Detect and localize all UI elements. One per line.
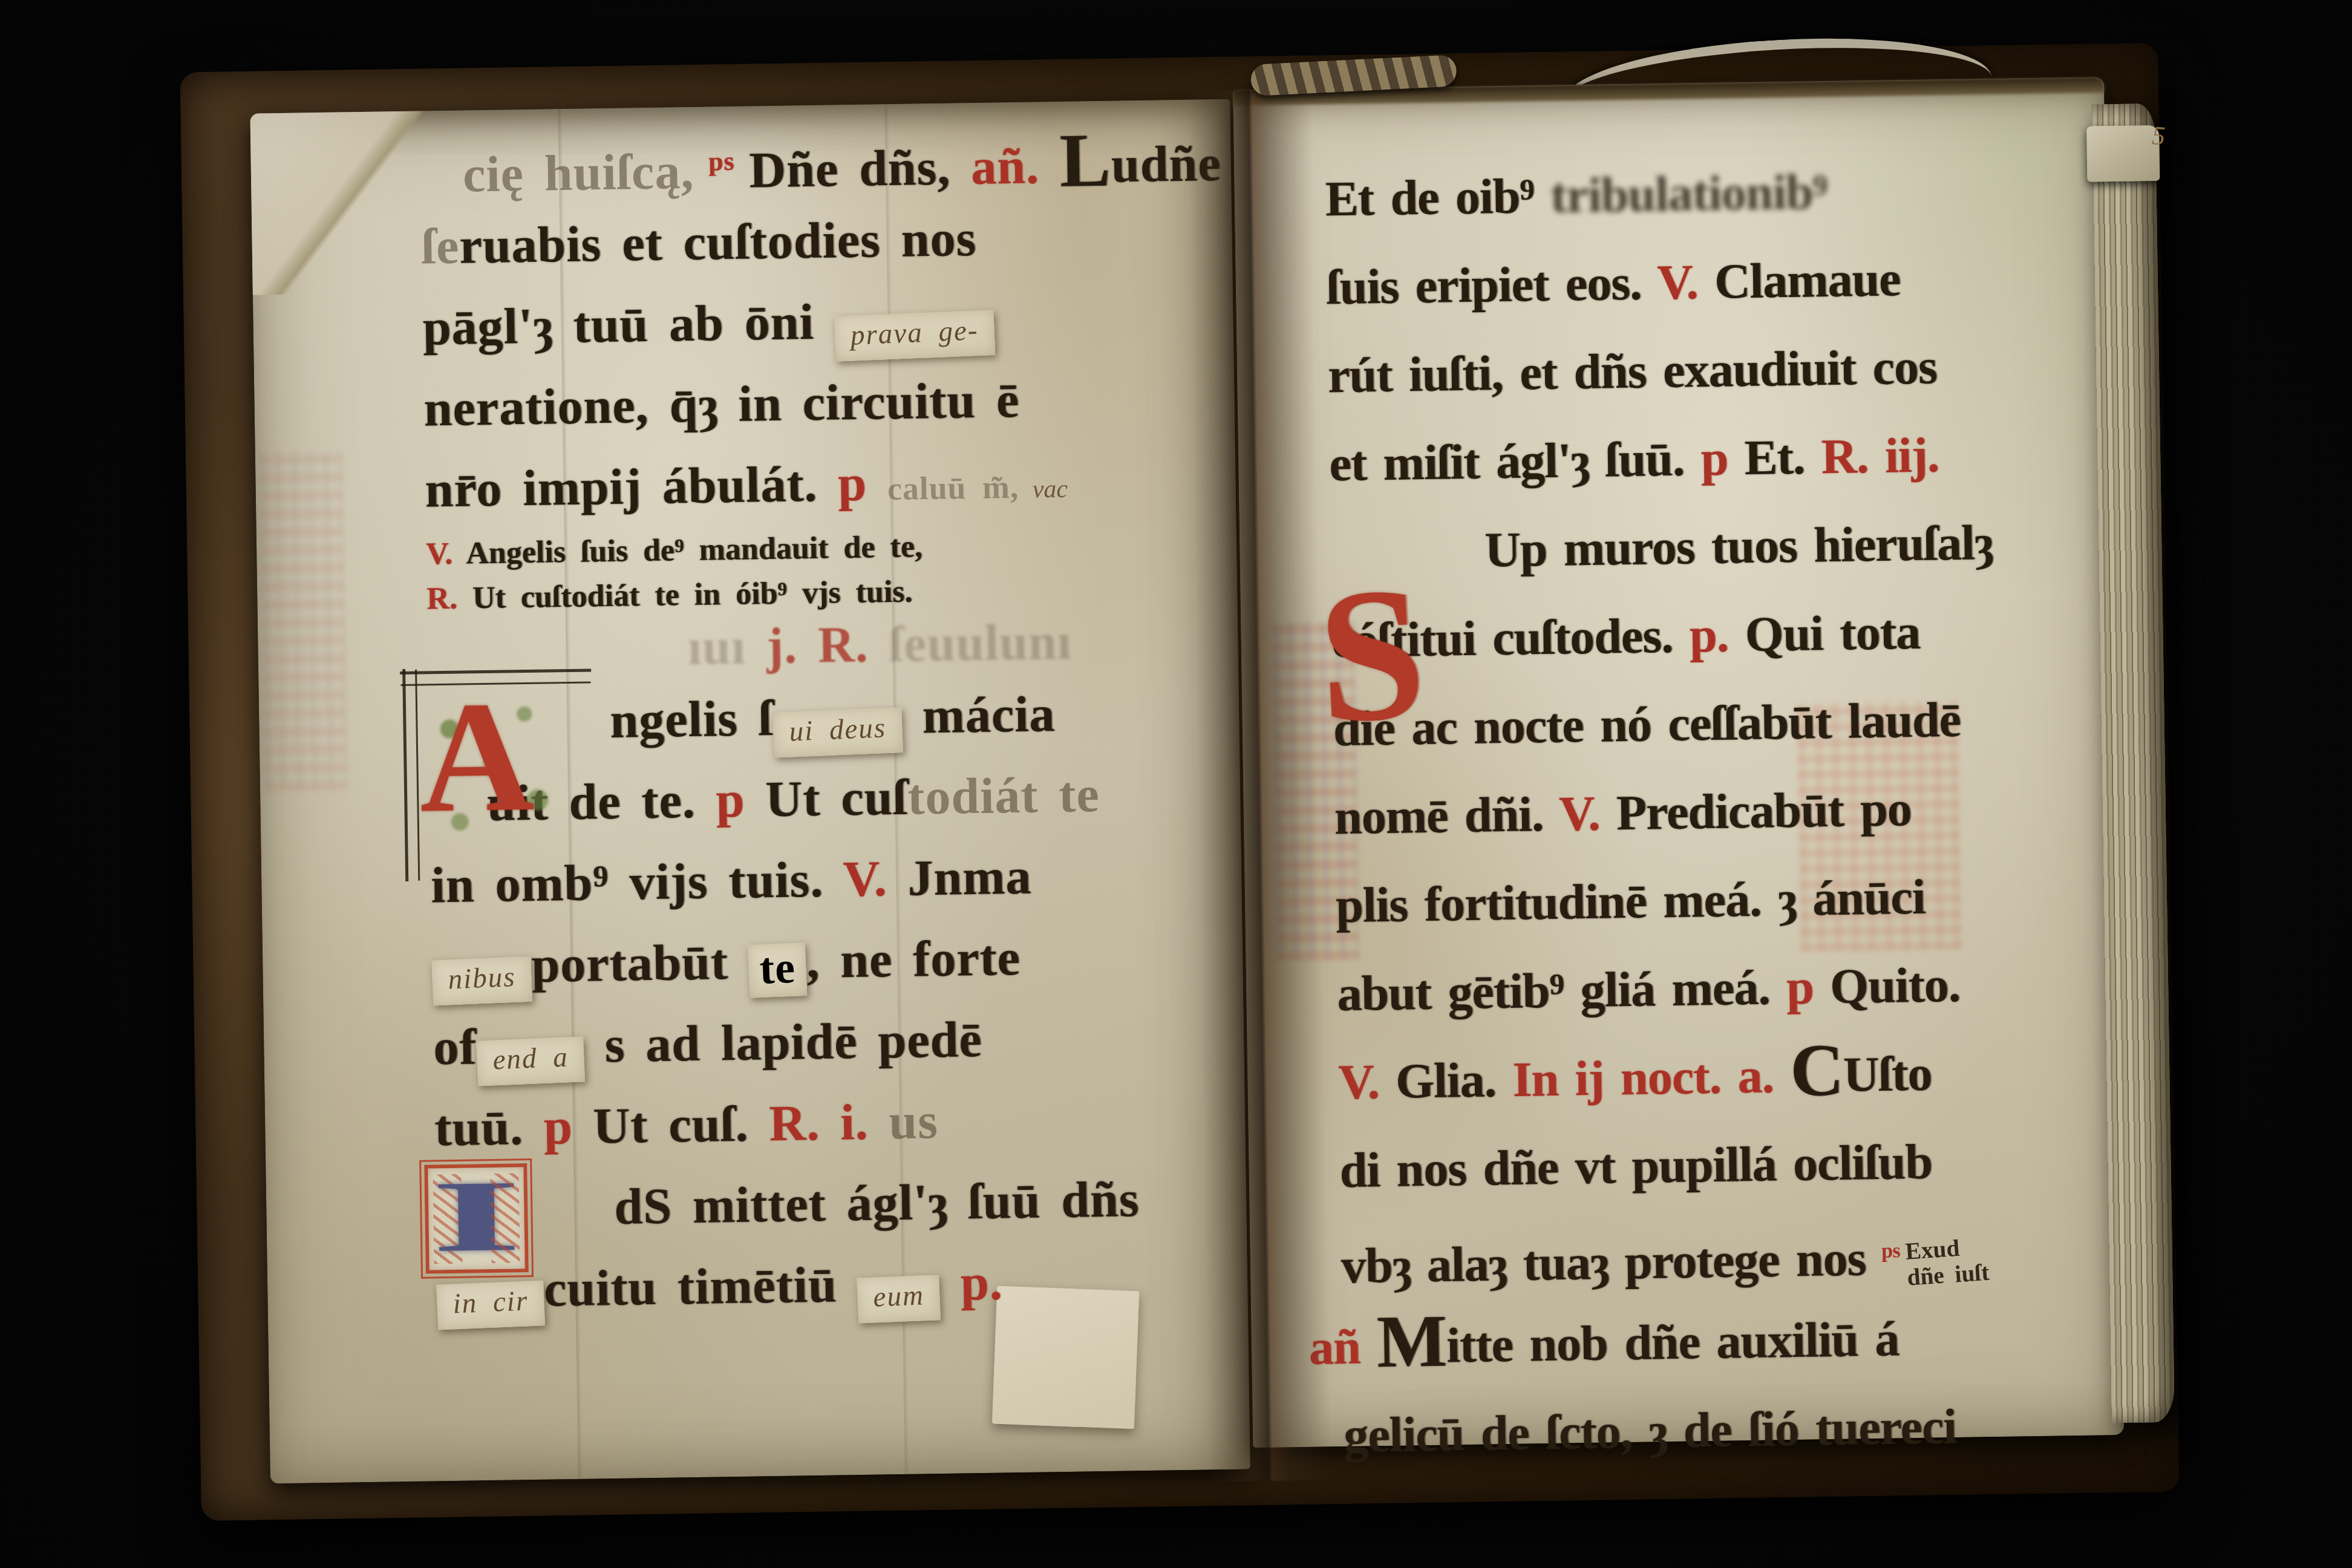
illuminated-initial-s: S [1318, 575, 1466, 765]
text-segment: s ad lapidē pedē [584, 1011, 982, 1074]
text-segment: tuū. [434, 1099, 544, 1157]
text-segment: añ. [970, 138, 1060, 195]
text-segment: Dñe dñs, [749, 139, 972, 198]
text-segment: ſuis eripiet eos. [1326, 255, 1658, 315]
text-segment: p [817, 455, 888, 512]
text-segment: Qui tota [1745, 604, 1921, 662]
manuscript-line: gelicū de ſcto, ȝ de ſió tuereci [1343, 1383, 2131, 1483]
text-segment: Exuddñe iuſt [1904, 1233, 1990, 1290]
text-segment: j. R. [766, 617, 869, 675]
manuscript-line: vbȝ alaȝ tuaȝ protege nospsExuddñe iuſt [1341, 1206, 2128, 1306]
text-segment: Glia. [1395, 1052, 1513, 1109]
text-segment: rút iuſti, et dñs exaudiuit cos [1327, 339, 1937, 403]
text-segment: caluū m̃, [887, 469, 1019, 507]
text-segment: M [1376, 1299, 1447, 1383]
text-segment: nomē dñi. [1334, 786, 1560, 844]
initial-letter: S [1314, 557, 1429, 753]
text-segment: todiát te [907, 766, 1100, 826]
text-segment: ſeuulunı [868, 614, 1073, 673]
folio-number: 5 [2151, 120, 2166, 151]
text-segment: abut gētib⁹ gliá meá. [1337, 959, 1787, 1021]
bleedthrough-ornament [260, 451, 347, 791]
right-page: S Et de oib⁹ tribulationib⁹ſuis eripiet … [1233, 77, 2124, 1448]
manuscript-line: ſeruabis et cuſtodies nos [421, 197, 1245, 290]
text-segment: In ij noct. a. [1512, 1048, 1791, 1107]
illuminated-initial-a: A [410, 676, 574, 863]
illuminated-initial-i: I [424, 1163, 529, 1274]
manuscript-line: et miſit ágl'ȝ ſuū. p Et. R. iij. [1328, 411, 2116, 511]
manuscript-line: dS mittet ágl'ȝ ſuū dñs [435, 1160, 1259, 1253]
manuscript-line: di nos dñe vt pupillá ocliſub [1339, 1118, 2127, 1218]
text-segment: te [748, 942, 808, 998]
manuscript-line: ſuis eripiet eos. V. Clamaue [1326, 235, 2114, 335]
manuscript-line: neratione, q̄ȝ in circuitu ē [423, 359, 1247, 452]
manuscript-line: ofend a s ad lapidē pedē [433, 998, 1256, 1091]
text-segment: Ut cuſ [765, 769, 908, 828]
text-segment: ps [1881, 1239, 1900, 1262]
manuscript-line: rút iuſti, et dñs exaudiuit cos [1327, 323, 2115, 423]
text-segment: Uſto [1843, 1046, 1932, 1102]
text-segment: R. i. [769, 1094, 869, 1152]
manuscript-book: A I cię huiſcą, ps Dñe dñs, añ. Ludñeſer… [180, 43, 2179, 1521]
text-segment: R. [426, 581, 472, 616]
text-segment: V. [426, 536, 466, 571]
text-segment: Quito. [1830, 957, 1961, 1014]
text-segment: vac [1019, 475, 1068, 504]
text-segment: Clamaue [1714, 251, 1901, 309]
text-segment: Jnma [907, 849, 1032, 907]
manuscript-line: ıuı j. R. ſeuulunı [427, 610, 1250, 685]
text-segment: p [1700, 430, 1745, 486]
text-segment: p [716, 771, 766, 828]
text-segment: Up muros tuos hieruſalȝ [1485, 515, 1993, 577]
text-segment: Angelis ſuis de⁹ mandauit de te, [466, 529, 923, 570]
text-segment: C [1789, 1028, 1844, 1112]
text-segment: plis fortitudinē meá. ȝ ánūci [1335, 869, 1926, 933]
text-segment: cię huiſcą, [462, 143, 694, 203]
text-segment: cuitu timētiū [543, 1256, 858, 1318]
manuscript-line: añ Mitte nob dñe auxiliū á [1308, 1295, 2129, 1395]
text-segment: vbȝ alaȝ tuaȝ protege nos [1341, 1231, 1866, 1294]
text-segment: L [1059, 119, 1112, 203]
text-segment: p. [939, 1254, 1003, 1312]
text-segment: V. [1657, 254, 1715, 310]
text-segment: nibus [431, 956, 532, 1006]
right-page-text: Et de oib⁹ tribulationib⁹ſuis eripiet eo… [1325, 146, 2131, 1483]
text-segment: V. [843, 851, 908, 908]
text-segment: in cir [436, 1280, 545, 1330]
text-segment: of [433, 1019, 477, 1076]
text-segment: Et. [1744, 429, 1821, 485]
manuscript-line: cię huiſcą, ps Dñe dñs, añ. Ludñe [420, 116, 1244, 209]
text-segment: neratione, q̄ȝ in circuitu ē [423, 372, 1020, 437]
text-segment: p [543, 1098, 593, 1155]
text-segment: pāgl'ȝ tuū ab ōni [422, 293, 835, 356]
initial-letter: I [430, 1157, 523, 1275]
manuscript-line: pāgl'ȝ tuū ab ōni prava ge- [422, 278, 1246, 371]
manuscript-line: nr̄o impij ábulát. p caluū m̃, vac [425, 440, 1249, 533]
text-segment: tribulationib⁹ [1550, 164, 1827, 223]
left-page: A I cię huiſcą, ps Dñe dñs, añ. Ludñeſer… [250, 99, 1250, 1484]
text-segment: , ne forte [806, 930, 1021, 989]
text-segment: V. [1338, 1054, 1396, 1109]
manuscript-line: in circuitu timētiū eum p. [436, 1241, 1260, 1334]
text-segment: ıuı [687, 618, 767, 676]
text-segment: p. [1689, 607, 1745, 662]
text-segment: ps [694, 146, 750, 176]
text-segment: ui deus [773, 707, 903, 758]
text-segment: et miſit ágl'ȝ ſuū. [1329, 431, 1702, 491]
manuscript-line: nibus portabūt te, ne forte [431, 916, 1255, 1010]
text-segment: Ut cuſ. [593, 1096, 769, 1154]
text-segment: di nos dñe vt pupillá ocliſub [1339, 1134, 1933, 1198]
text-segment: portabūt [531, 934, 750, 993]
text-segment: mácia [901, 686, 1056, 745]
manuscript-line: nomē dñi. V. Predicabūt po [1334, 765, 2122, 864]
text-segment: ruabis et cuſtodies nos [459, 211, 977, 275]
text-segment: itte nob dñe auxiliū á [1446, 1311, 1899, 1373]
text-segment: p [1786, 959, 1830, 1014]
text-segment: Ut cuſtodiát te in óib⁹ vjs tuis. [472, 575, 913, 616]
text-segment: R. iij. [1821, 427, 1939, 484]
text-segment: ngelis ſ [610, 690, 774, 749]
text-segment: us [868, 1093, 939, 1151]
text-segment: eum [857, 1275, 941, 1324]
text-segment: end a [476, 1036, 585, 1086]
text-segment: V. [1559, 785, 1617, 841]
text-segment: Et de oib⁹ [1325, 168, 1551, 227]
manuscript-line: abut gētib⁹ gliá meá. p Quito. [1336, 941, 2124, 1041]
text-segment: prava ge- [834, 310, 995, 362]
initial-letter: A [418, 673, 535, 841]
text-segment: Predicabūt po [1616, 781, 1912, 840]
text-segment: ſe [421, 218, 460, 275]
gutter-shadow [1187, 89, 1332, 1482]
photo-background: A I cię huiſcą, ps Dñe dñs, añ. Ludñeſer… [0, 0, 2352, 1568]
manuscript-line: Et de oib⁹ tribulationib⁹ [1325, 146, 2112, 246]
manuscript-line: plis fortitudinē meá. ȝ ánūci [1335, 853, 2123, 953]
text-segment: dS mittet ágl'ȝ ſuū dñs [614, 1171, 1140, 1235]
manuscript-line: V. Glia. In ij noct. a. CUſto [1338, 1030, 2125, 1129]
manuscript-line: tuū. p Ut cuſ. R. i. us [434, 1079, 1258, 1172]
text-segment: gelicū de ſcto, ȝ de ſió tuereci [1343, 1399, 1956, 1463]
text-segment: nr̄o impij ábulát. [425, 456, 818, 518]
